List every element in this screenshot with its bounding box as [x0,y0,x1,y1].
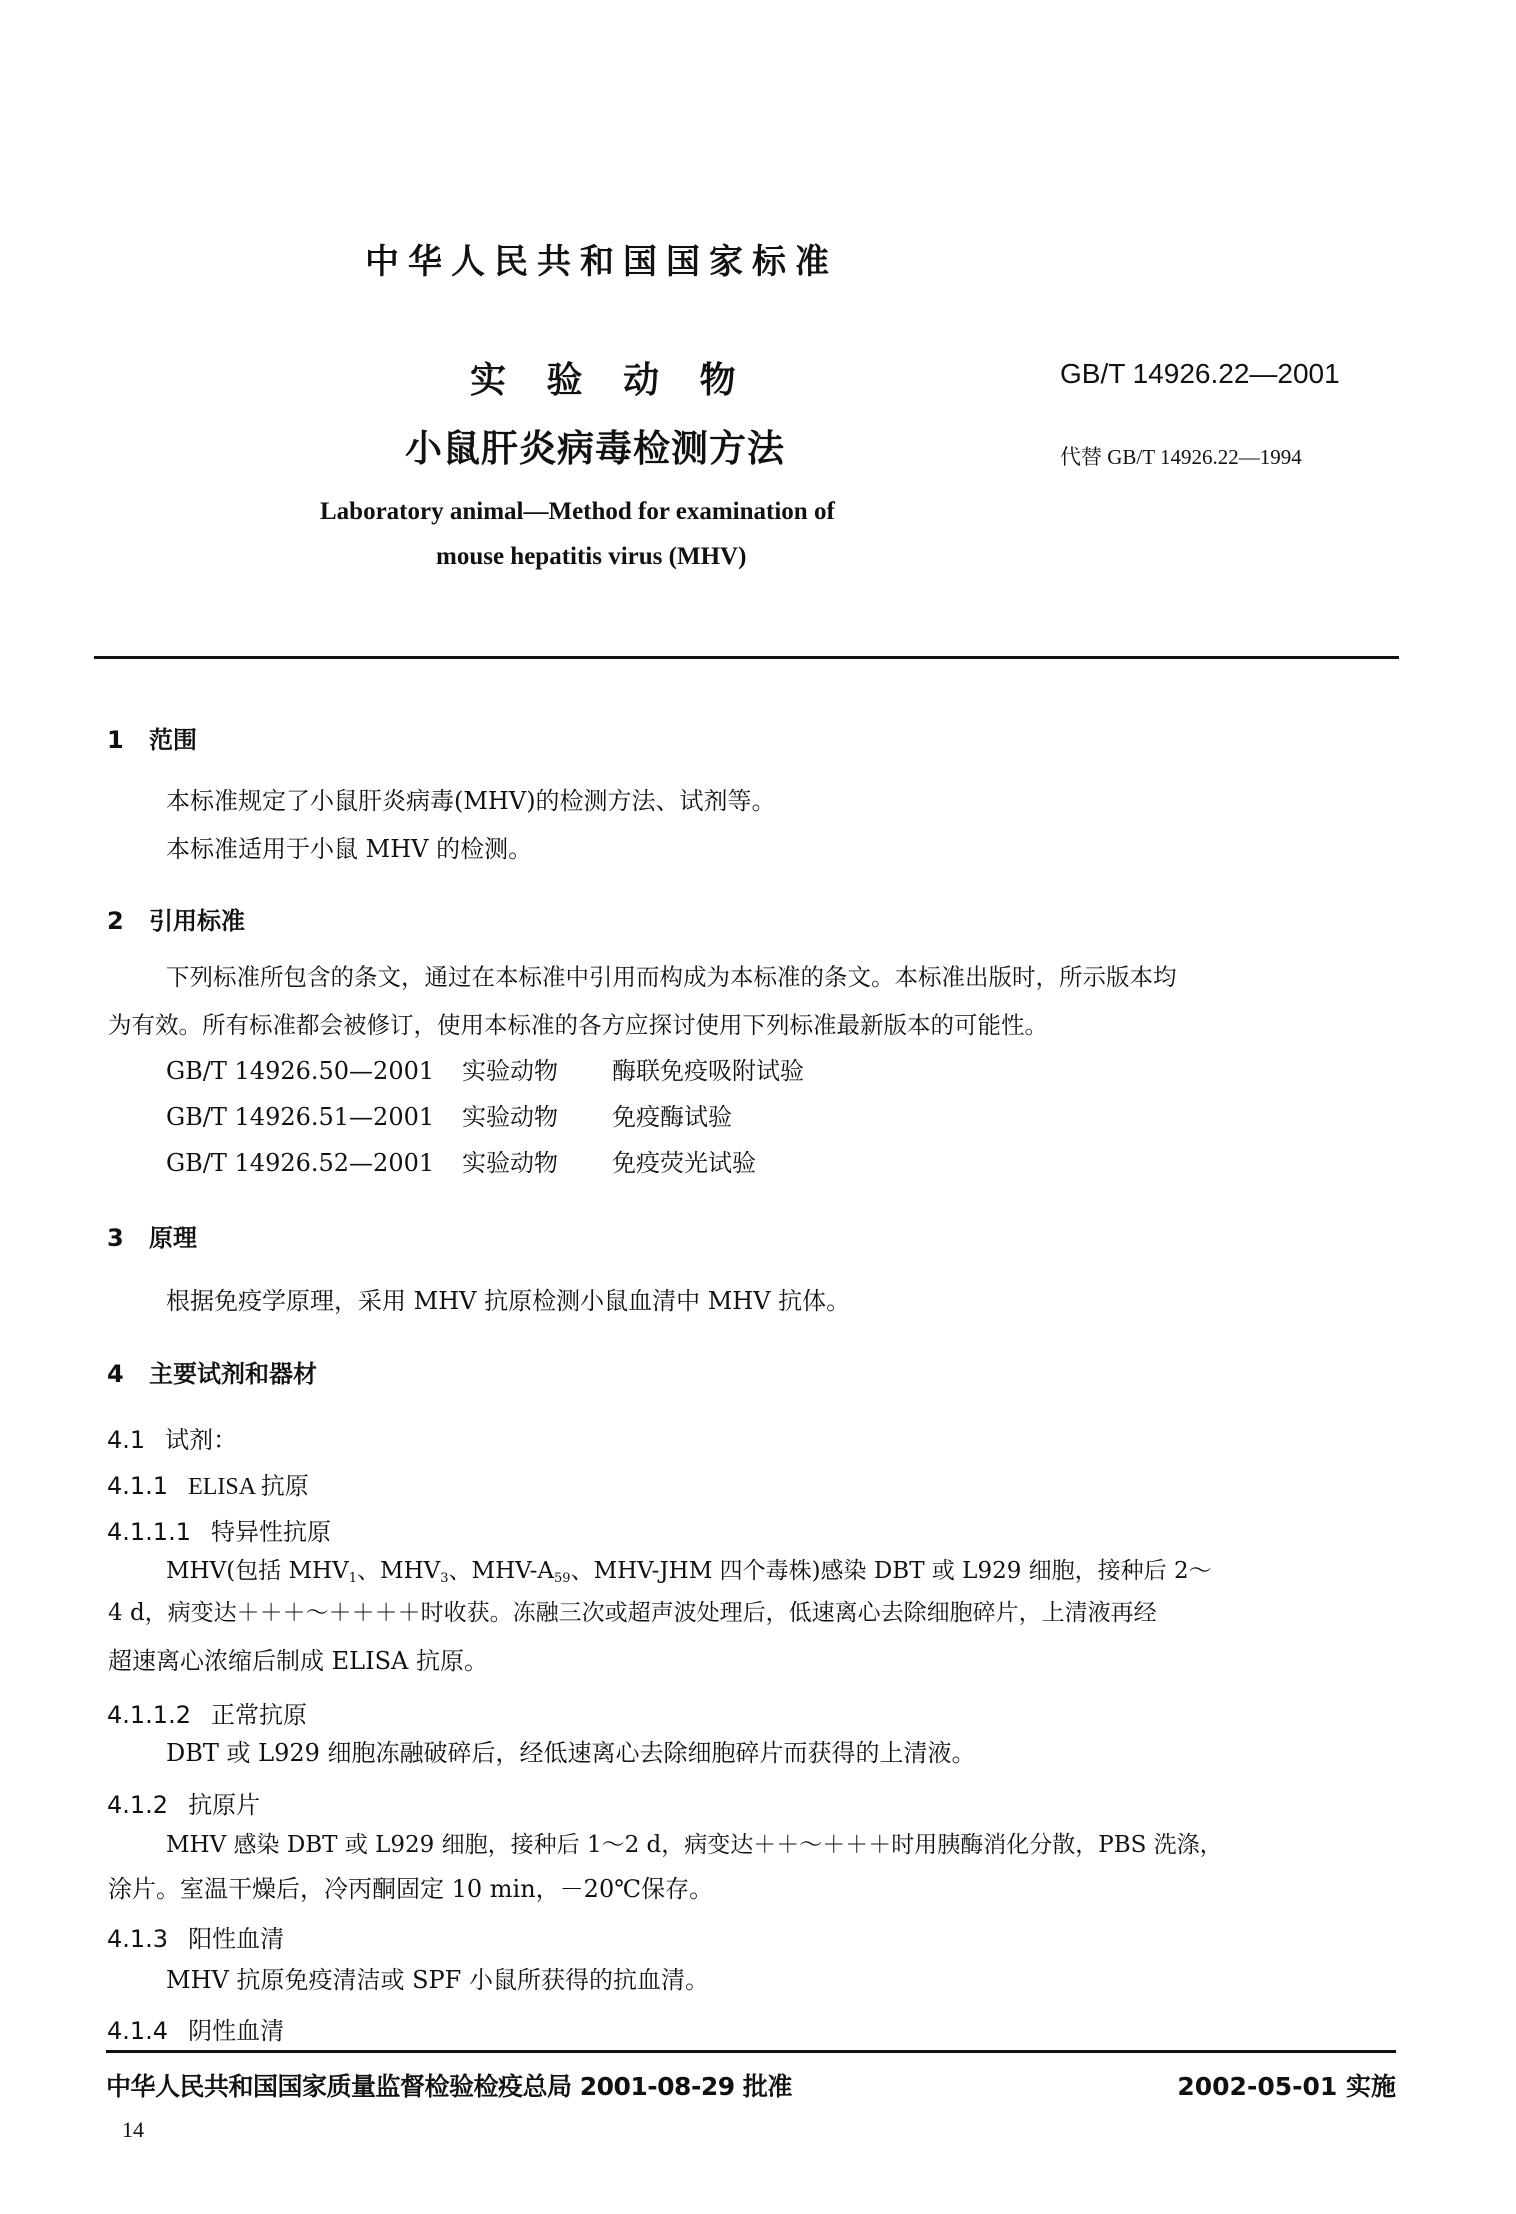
text-part: MHV(包括 MHV [166,1558,349,1584]
subsection-title: 抗原片 [188,1791,260,1819]
subsection-4-1-2-line-1: MHV 感染 DBT 或 L929 细胞，接种后 1～2 d，病变达＋＋～＋＋＋… [166,1830,1223,1860]
subsection-4-1-3-heading: 4.1.3阳性血清 [107,1919,284,1954]
section-1-line-2: 本标准适用于小鼠 MHV 的检测。 [166,834,532,864]
implementation-date: 2002-05-01 实施 [1177,2067,1396,2103]
subsection-number: 4.1.4 [107,2017,168,2045]
section-title: 主要试剂和器材 [149,1360,317,1388]
subsection-number: 4.1 [107,1426,145,1454]
subsection-4-1-4-heading: 4.1.4阴性血清 [107,2011,284,2046]
reference-category: 实验动物 [462,1056,612,1086]
section-2-heading: 2引用标准 [107,901,245,936]
section-title: 原理 [149,1224,197,1252]
subscript: 1 [349,1571,357,1586]
reference-code: GB/T 14926.51—2001 [166,1102,462,1132]
approval-statement: 中华人民共和国国家质量监督检验检疫总局 2001-08-29 批准 [106,2067,792,2103]
subscript: 59 [554,1571,571,1586]
english-title-line1: Laboratory animal—Method for examination… [320,498,835,526]
reference-name: 免疫酶试验 [612,1103,732,1131]
section-3-heading: 3原理 [107,1218,197,1253]
section-number: 2 [107,907,149,935]
section-4-heading: 4主要试剂和器材 [107,1354,317,1389]
section-title: 引用标准 [149,907,245,935]
footer-divider [106,2050,1396,2053]
subscript: 3 [440,1571,448,1586]
subsection-number: 4.1.1.1 [107,1518,191,1546]
english-title-line2: mouse hepatitis virus (MHV) [436,543,746,571]
reference-category: 实验动物 [462,1102,612,1132]
replaces-standard: 代替 GB/T 14926.22—1994 [1060,441,1302,471]
reference-code: GB/T 14926.50—2001 [166,1056,462,1086]
reference-item: GB/T 14926.50—2001实验动物酶联免疫吸附试验 [166,1056,804,1086]
section-1-line-1: 本标准规定了小鼠肝炎病毒(MHV)的检测方法、试剂等。 [166,786,776,816]
reference-item: GB/T 14926.51—2001实验动物免疫酶试验 [166,1102,732,1132]
header-divider [94,656,1399,659]
subsection-4-1-1-1-line-3: 超速离心浓缩后制成 ELISA 抗原。 [108,1646,488,1676]
subsection-number: 4.1.1 [107,1472,168,1500]
text-part: 、MHV-JHM 四个毒株)感染 DBT 或 L929 细胞，接种后 2～ [571,1558,1212,1584]
subsection-4-1-1-1-heading: 4.1.1.1特异性抗原 [107,1512,331,1547]
subsection-title: 试剂： [165,1426,237,1454]
section-2-para-line-2: 为有效。所有标准都会被修订，使用本标准的各方应探讨使用下列标准最新版本的可能性。 [108,1010,1048,1040]
page-number: 14 [122,2117,144,2143]
subsection-number: 4.1.2 [107,1791,168,1819]
subsection-number: 4.1.1.2 [107,1701,191,1729]
subsection-4-1-1-2-line-1: DBT 或 L929 细胞冻融破碎后，经低速离心去除细胞碎片而获得的上清液。 [166,1738,976,1768]
section-1-heading: 1范围 [107,720,197,755]
subsection-title: 正常抗原 [211,1701,307,1729]
section-3-line: 根据免疫学原理，采用 MHV 抗原检测小鼠血清中 MHV 抗体。 [166,1286,850,1316]
section-number: 3 [107,1224,149,1252]
reference-code: GB/T 14926.52—2001 [166,1148,462,1178]
section-number: 4 [107,1360,149,1388]
reference-category: 实验动物 [462,1148,612,1178]
subsection-4-1-heading: 4.1试剂： [107,1420,237,1455]
document-title-line1: 实 验 动 物 [470,352,750,403]
reference-item: GB/T 14926.52—2001实验动物免疫荧光试验 [166,1148,756,1178]
subsection-title: 特异性抗原 [211,1518,331,1546]
subsection-4-1-3-line-1: MHV 抗原免疫清洁或 SPF 小鼠所获得的抗血清。 [166,1965,709,1995]
section-number: 1 [107,726,149,754]
standard-number: GB/T 14926.22—2001 [1060,358,1340,390]
section-title: 范围 [149,726,197,754]
section-2-para-line-1: 下列标准所包含的条文，通过在本标准中引用而构成为本标准的条文。本标准出版时，所示… [166,962,1177,992]
subsection-4-1-1-1-line-2: 4 d，病变达＋＋＋～＋＋＋＋时收获。冻融三次或超声波处理后，低速离心去除细胞碎… [108,1598,1157,1628]
subsection-4-1-1-1-line-1: MHV(包括 MHV1、MHV3、MHV-A59、MHV-JHM 四个毒株)感染… [166,1556,1212,1594]
text-part: 、MHV [357,1558,440,1584]
subsection-4-1-1-2-heading: 4.1.1.2正常抗原 [107,1695,307,1730]
subsection-4-1-2-heading: 4.1.2抗原片 [107,1785,260,1820]
reference-name: 酶联免疫吸附试验 [612,1057,804,1085]
subsection-title: 阳性血清 [188,1925,284,1953]
subsection-title: ELISA 抗原 [188,1474,309,1500]
document-title-line2: 小鼠肝炎病毒检测方法 [405,418,785,472]
reference-name: 免疫荧光试验 [612,1149,756,1177]
subsection-4-1-2-line-2: 涂片。室温干燥后，冷丙酮固定 10 min，－20℃保存。 [108,1874,713,1904]
subsection-number: 4.1.3 [107,1925,168,1953]
subsection-4-1-1-heading: 4.1.1ELISA 抗原 [107,1466,309,1501]
national-standard-heading: 中华人民共和国国家标准 [365,234,838,283]
subsection-title: 阴性血清 [188,2017,284,2045]
text-part: 、MHV-A [449,1558,555,1584]
